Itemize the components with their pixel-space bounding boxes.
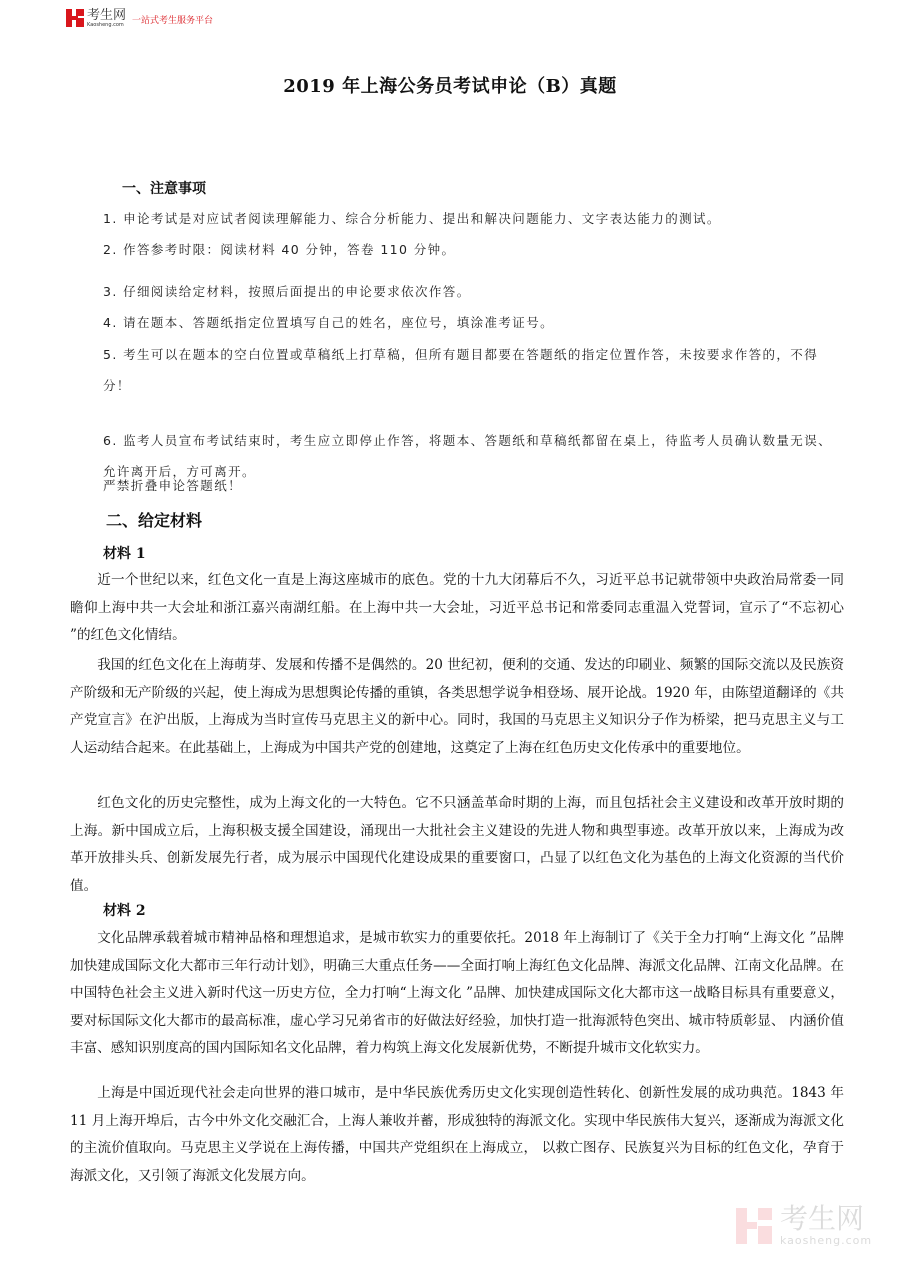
watermark-cn: 考生网 bbox=[780, 1205, 872, 1233]
notice-item-5: 5. 考生可以在题本的空白位置或草稿纸上打草稿，但所有题目都要在答题纸的指定位置… bbox=[103, 339, 843, 401]
material-1-paragraph-2: 我国的红色文化在上海萌芽、发展和传播不是偶然的。20 世纪初，便利的交通、发达的… bbox=[70, 652, 844, 762]
notice-item-2: 2. 作答参考时限：阅读材料 40 分钟，答卷 110 分钟。 bbox=[103, 234, 843, 265]
slogan: 一站式考生服务平台 bbox=[132, 13, 213, 26]
watermark-logo-icon bbox=[736, 1208, 772, 1244]
notice-heading: 一、注意事项 bbox=[122, 178, 206, 198]
logo-cn: 考生网 bbox=[87, 9, 126, 22]
kaosheng-logo-icon bbox=[66, 9, 84, 27]
notice-item-4: 4. 请在题本、答题纸指定位置填写自己的姓名，座位号，填涂准考证号。 bbox=[103, 307, 843, 338]
watermark: 考生网 kaosheng.com bbox=[736, 1205, 872, 1246]
material-1-paragraph-3: 红色文化的历史完整性，成为上海文化的一大特色。它不只涵盖革命时期的上海，而且包括… bbox=[70, 790, 844, 900]
notice-item-1: 1. 申论考试是对应试者阅读理解能力、综合分析能力、提出和解决问题能力、文字表达… bbox=[103, 203, 843, 234]
page-title: 2019 年上海公务员考试申论（B）真题 bbox=[0, 72, 900, 98]
material-2-label: 材料 2 bbox=[103, 900, 146, 920]
watermark-en: kaosheng.com bbox=[780, 1235, 872, 1246]
notice-warning: 严禁折叠申论答题纸！ bbox=[103, 470, 843, 501]
notice-item-3: 3. 仔细阅读给定材料，按照后面提出的申论要求依次作答。 bbox=[103, 276, 843, 307]
material-1-label: 材料 1 bbox=[103, 543, 146, 563]
material-1-paragraph-1: 近一个世纪以来，红色文化一直是上海这座城市的底色。党的十九大闭幕后不久，习近平总… bbox=[70, 567, 844, 650]
materials-heading: 二、给定材料 bbox=[106, 508, 202, 531]
site-header: 考生网 Kaosheng.com 一站式考生服务平台 bbox=[66, 6, 213, 30]
logo-text: 考生网 Kaosheng.com bbox=[87, 9, 126, 28]
logo-en: Kaosheng.com bbox=[87, 23, 126, 28]
material-2-paragraph-1: 文化品牌承载着城市精神品格和理想追求，是城市软实力的重要依托。2018 年上海制… bbox=[70, 925, 844, 1063]
material-2-paragraph-2: 上海是中国近现代社会走向世界的港口城市，是中华民族优秀历史文化实现创造性转化、创… bbox=[70, 1080, 844, 1190]
